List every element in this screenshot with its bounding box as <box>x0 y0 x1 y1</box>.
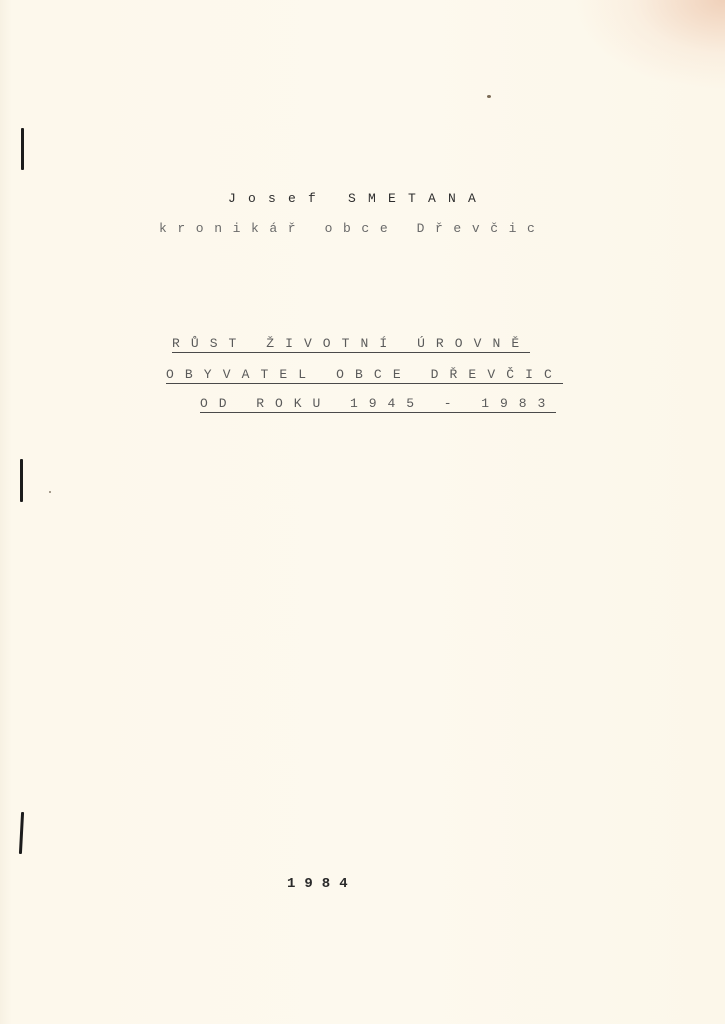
staple-mark <box>19 812 24 854</box>
scanned-page: Josef SMETANA kronikář obce Dřevčic RŮST… <box>0 0 725 1024</box>
publication-year: 1984 <box>287 876 357 892</box>
staple-mark <box>20 459 23 502</box>
author-role: kronikář obce Dřevčic <box>159 221 545 236</box>
title-line: OBYVATEL OBCE DŘEVČIC <box>166 367 563 384</box>
title-line: RŮST ŽIVOTNÍ ÚROVNĚ <box>172 336 530 353</box>
ink-speck <box>49 491 51 493</box>
ink-speck <box>487 95 491 98</box>
author-name: Josef SMETANA <box>228 191 488 206</box>
title-line: OD ROKU 1945 - 1983 <box>200 396 556 413</box>
staple-mark <box>21 128 24 170</box>
